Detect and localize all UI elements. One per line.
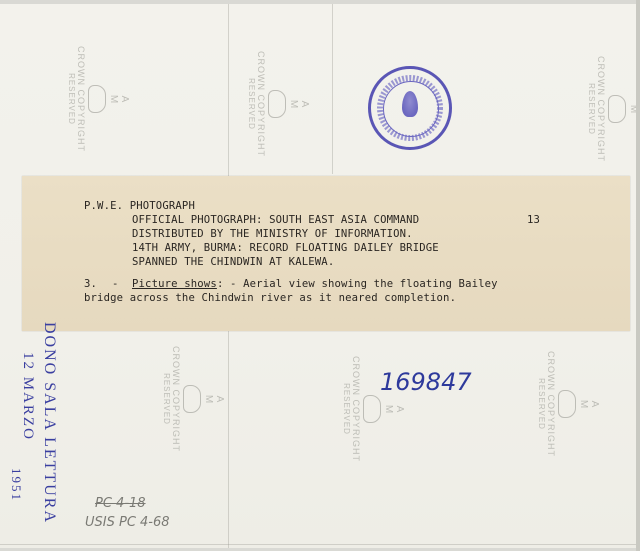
caption-line: OFFICIAL PHOTOGRAPH: SOUTH EAST ASIA COM… <box>132 214 419 226</box>
crown-copyright-watermark: A M CROWN COPYRIGHT RESERVED <box>220 29 310 179</box>
crown-copyright-watermark: A M CROWN COPYRIGHT RESERVED <box>40 24 130 174</box>
page-edge <box>636 0 640 551</box>
struck-reference: PC 4-18 <box>95 496 146 511</box>
fold-line <box>332 4 333 174</box>
fold-line <box>0 544 636 545</box>
crown-icon <box>183 385 201 413</box>
emblem-icon <box>402 91 418 117</box>
crown-copyright-watermark: A M CROWN COPYRIGHT RESERVED <box>135 324 225 474</box>
crown-icon <box>88 85 106 113</box>
picture-shows-label: Picture shows <box>132 278 217 290</box>
crown-icon <box>268 90 286 118</box>
circular-ink-stamp <box>368 66 452 150</box>
library-stamp-year: 1951 <box>8 468 24 502</box>
page-number: 13 <box>527 214 540 226</box>
caption-label: P.W.E. PHOTOGRAPH OFFICIAL PHOTOGRAPH: S… <box>22 176 630 331</box>
photo-back-page: A M CROWN COPYRIGHT RESERVED A M CROWN C… <box>0 4 637 548</box>
crown-copyright-watermark: A M CROWN COPYRIGHT RESERVED <box>510 329 600 479</box>
caption-line: SPANNED THE CHINDWIN AT KALEWA. <box>132 256 334 268</box>
library-stamp-date: 12 MARZO <box>19 352 36 441</box>
item-number: 3. <box>84 278 97 290</box>
usis-reference: USIS PC 4-68 <box>85 515 170 530</box>
caption-line: 14TH ARMY, BURMA: RECORD FLOATING DAILEY… <box>132 242 439 254</box>
crown-copyright-watermark: A M CROWN COPYRIGHT RESERVED <box>315 334 405 484</box>
crown-icon <box>558 390 576 418</box>
library-stamp-line1: DONO SALA LETTURA <box>40 322 58 524</box>
dash: - <box>112 278 119 290</box>
crown-copyright-watermark: A M CROWN COPYRIGHT RESERVED <box>560 34 640 184</box>
caption-line: DISTRIBUTED BY THE MINISTRY OF INFORMATI… <box>132 228 413 240</box>
catalog-number: 169847 <box>380 368 472 396</box>
description: bridge across the Chindwin river as it n… <box>84 292 456 304</box>
description: : - Aerial view showing the floating Bai… <box>217 278 498 290</box>
crown-icon <box>363 395 381 423</box>
crown-icon <box>608 95 626 123</box>
caption-header: P.W.E. PHOTOGRAPH <box>84 200 195 212</box>
